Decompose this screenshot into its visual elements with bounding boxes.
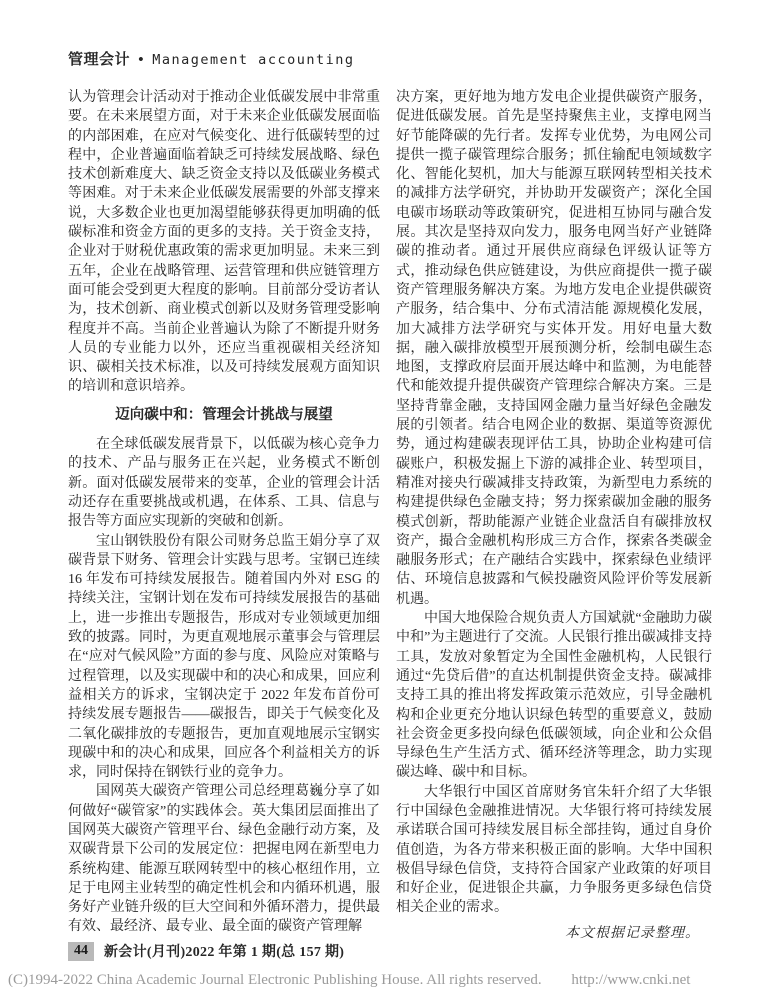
paragraph: 宝山钢铁股份有限公司财务总监王娟分享了双碳背景下财务、管理会计实践与思考。宝钢已…: [68, 532, 380, 783]
bullet-separator-icon: •: [138, 52, 144, 68]
journal-page: 管理会计 • Management accounting 认为管理会计活动对于推…: [0, 0, 770, 1004]
right-column-paragraphs: 决方案，更好地为地方发电企业提供碳资产服务，促进低碳发展。首先是坚持聚焦主业，支…: [396, 88, 712, 918]
paragraph: 国网英大碳资产管理公司总经理葛巍分享了如何做好“碳管家”的实践体会。英大集团层面…: [68, 782, 380, 936]
paragraph: 认为管理会计活动对于推动企业低碳发展中非常重要。在未来展望方面，对于未来企业低碳…: [68, 88, 380, 397]
journal-issue-info: 新会计(月刊)2022 年第 1 期(总 157 期): [104, 941, 344, 961]
article-right-column: 决方案，更好地为地方发电企业提供碳资产服务，促进低碳发展。首先是坚持聚焦主业，支…: [396, 88, 712, 943]
paragraph: 决方案，更好地为地方发电企业提供碳资产服务，促进低碳发展。首先是坚持聚焦主业，支…: [396, 88, 712, 609]
paragraph: 中国大地保险合规负责人方国斌就“金融助力碳中和”为主题进行了交流。人民银行推出碳…: [396, 609, 712, 783]
section-header: 管理会计 • Management accounting: [68, 48, 354, 69]
page-footer: 44 新会计(月刊)2022 年第 1 期(总 157 期): [68, 941, 344, 961]
article-end-note: 本文根据记录整理。: [396, 924, 712, 943]
copyright-notice: (C)1994-2022 China Academic Journal Elec…: [8, 972, 542, 988]
section-title-chinese: 管理会计: [68, 51, 130, 68]
cnki-copyright-strip: (C)1994-2022 China Academic Journal Elec…: [8, 972, 768, 989]
paragraph: 在全球低碳发展背景下，以低碳为核心竞争力的技术、产品与服务正在兴起，业务模式不断…: [68, 435, 380, 531]
section-title-english: Management accounting: [152, 52, 354, 68]
paragraph: 大华银行中国区首席财务官朱轩介绍了大华银行中国绿色金融推进情况。大华银行将可持续…: [396, 783, 712, 918]
section-heading: 迈向碳中和：管理会计挑战与展望: [68, 406, 380, 425]
cnki-url: http://www.cnki.net: [571, 972, 690, 988]
article-left-column: 认为管理会计活动对于推动企业低碳发展中非常重要。在未来展望方面，对于未来企业低碳…: [68, 88, 380, 937]
page-number: 44: [68, 942, 94, 961]
